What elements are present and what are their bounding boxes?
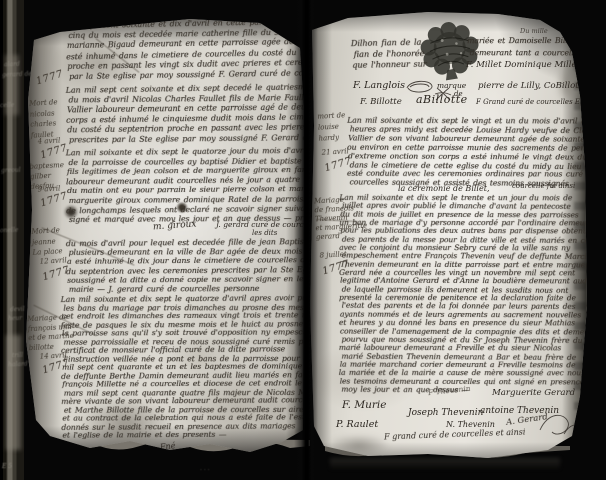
manuscript-line: demeurant tant a courcelles sur aire: [470, 47, 592, 59]
burial-act-paragraph: Lan mil soixante et dix sept le vingt et…: [348, 116, 582, 188]
burial-act-paragraph: Lan mil sept cent soixante et dix sept d…: [67, 83, 304, 146]
signature-flourish-loops: [538, 410, 580, 440]
manuscript-line: prescrites par la Ste eglise par moy sou…: [69, 133, 305, 145]
margin-date-laplace: 12 avril1777: [39, 254, 68, 281]
manuscript-line: hardy: [318, 132, 346, 144]
manuscript-line: plusieurs demeurant en la ville de Bar a…: [68, 247, 304, 257]
binding-text-fragment: alard: [4, 61, 20, 69]
left-page: 1777 Mort denicolascharlesfaullet 4 avri…: [20, 10, 306, 452]
manuscript-line: un ban de mariage d'y personne accordé p…: [339, 219, 581, 228]
manuscript-line: feste de pasques le six du mesme mois et…: [61, 320, 302, 330]
signature-p-raulet: P. Raulet: [336, 419, 378, 430]
marriage-act-paragraph: Lan mil soixante et dix sept le trente e…: [340, 194, 583, 395]
act-caption-right: courcelle fui ainsi: [512, 182, 575, 190]
binding-text-fragment: halard: [8, 361, 28, 369]
curate-attestation-bottom: F grand curé de courcelles et ainsi: [384, 428, 526, 442]
binding-text-fragment: onelle: [0, 227, 19, 235]
signature-murie: F. Murie: [342, 399, 386, 411]
curate-attestation-top: F Grand curé de courcelles Eglises ain: [476, 98, 606, 106]
binding-fragments: alardgerard de fevcellegreoulonelledevil…: [0, 0, 32, 480]
manuscript-line: par la Ste eglise par moy soussigné F. G…: [69, 68, 305, 82]
manuscript-line: charles: [30, 118, 59, 130]
signature-langlois: F. Langlois: [353, 80, 405, 91]
binding-text-fragment: trill: [12, 352, 23, 359]
margin-year-note: 1777: [34, 73, 62, 84]
burial-act-paragraph: mil sept cent soixante et dix d'avril en…: [66, 17, 303, 82]
signature-n-thevenin: N. Thevenin: [446, 420, 495, 429]
manuscript-line: la mariée et de la mairie a cause de mèr…: [339, 369, 581, 378]
manuscript-line: les bans du mariage par trois dimanches …: [63, 303, 304, 312]
signature-abillotte: aBillotte: [416, 93, 468, 106]
baptism-act-paragraph: Lan mil soixante et dix sept le quatorze…: [67, 146, 304, 225]
closure-curate-note-2: les dits: [252, 229, 277, 237]
manuscript-line: donnés sur le susdit recueil en presence…: [61, 422, 302, 432]
manuscript-line: 1777: [35, 70, 65, 88]
manuscript-line: heures apres midy est decedée Louise Har…: [350, 125, 584, 136]
manuscript-line: mariée et Damoiselle Billotte au fa: [467, 35, 589, 47]
signature-f-billotte: F. Billotte: [360, 97, 402, 107]
scan-corner-mark: E 5: [2, 463, 12, 470]
margin-date-baptism: 9 avril1777: [37, 182, 66, 207]
manuscript-line: Mort de: [31, 225, 62, 237]
gutter-shadow: [294, 0, 318, 480]
manuscript-line: de deffunte Berthe Damin demeurant audit…: [61, 371, 302, 381]
manuscript-line: que l'honneur sur: [352, 58, 452, 71]
signature-joseph-thevenin: Joseph Thevenin: [408, 408, 483, 418]
manuscript-line: ou environ en cette parroisse munie des …: [347, 143, 581, 153]
header-left-lines: Dilhon fian de lafian de l'honoréeque l'…: [352, 36, 453, 71]
manuscript-line: Gerard née a courcelles les vingt un nov…: [339, 269, 581, 278]
signature-dominique-millet: F. Millet Dominique Millet: [466, 60, 580, 70]
signature-giroux: m. giroux: [153, 219, 197, 232]
binding-text-fragment: devil: [10, 306, 25, 314]
act-caption-center: la ceremonie de Billet,: [398, 184, 489, 193]
right-page-bottom-fade: [330, 458, 560, 470]
manuscript-line: l'instruction veillée née a pont et bans…: [64, 354, 305, 363]
binding-text-fragment: greoul: [1, 167, 21, 175]
manuscript-line: marié Sebastien Thevenin demeurant a Bar…: [341, 352, 583, 362]
binding-text-fragment: celle: [0, 102, 14, 109]
scanned-parish-register-spread: alardgerard de fevcellegreoulonelledevil…: [0, 0, 606, 480]
margin-date-faullet: 4 avril1777: [37, 134, 66, 159]
manuscript-line: du septentrion avec les ceremonies presc…: [66, 265, 302, 276]
right-page: Du mille Dilhon fian de lafian de l'hono…: [308, 6, 592, 470]
manuscript-line: et Marthe Billotte fille de la parroisse…: [64, 405, 305, 414]
manuscript-line: fian de l'honorée: [354, 47, 454, 60]
signature-marguerite-gerard: Marguerite Gerard: [492, 388, 575, 398]
manuscript-line: de la parroisse de courcelles ay baptisé…: [68, 156, 304, 167]
manuscript-line: et heures y au donné les bans en presenc…: [339, 319, 581, 328]
binding-text-fragment: heur: [8, 315, 22, 322]
header-right-lines: mariée et Damoiselle Billotte au fademeu…: [468, 35, 590, 58]
burial-act-paragraph: du mois d'avril pour lequel est decedée …: [67, 237, 303, 294]
manuscript-line: mort de: [317, 110, 345, 122]
signature-delilly-billotte: pierre de Lilly, CoBillotte: [478, 81, 587, 91]
margin-note-death-hardy: mort delouisehardy: [317, 110, 347, 144]
scan-dots-mark: · · ·: [200, 467, 210, 474]
corner-annotation: Du mille: [520, 27, 548, 35]
marriage-act-paragraph: Lan mil soixante et dix sept le quatorze…: [62, 294, 304, 440]
